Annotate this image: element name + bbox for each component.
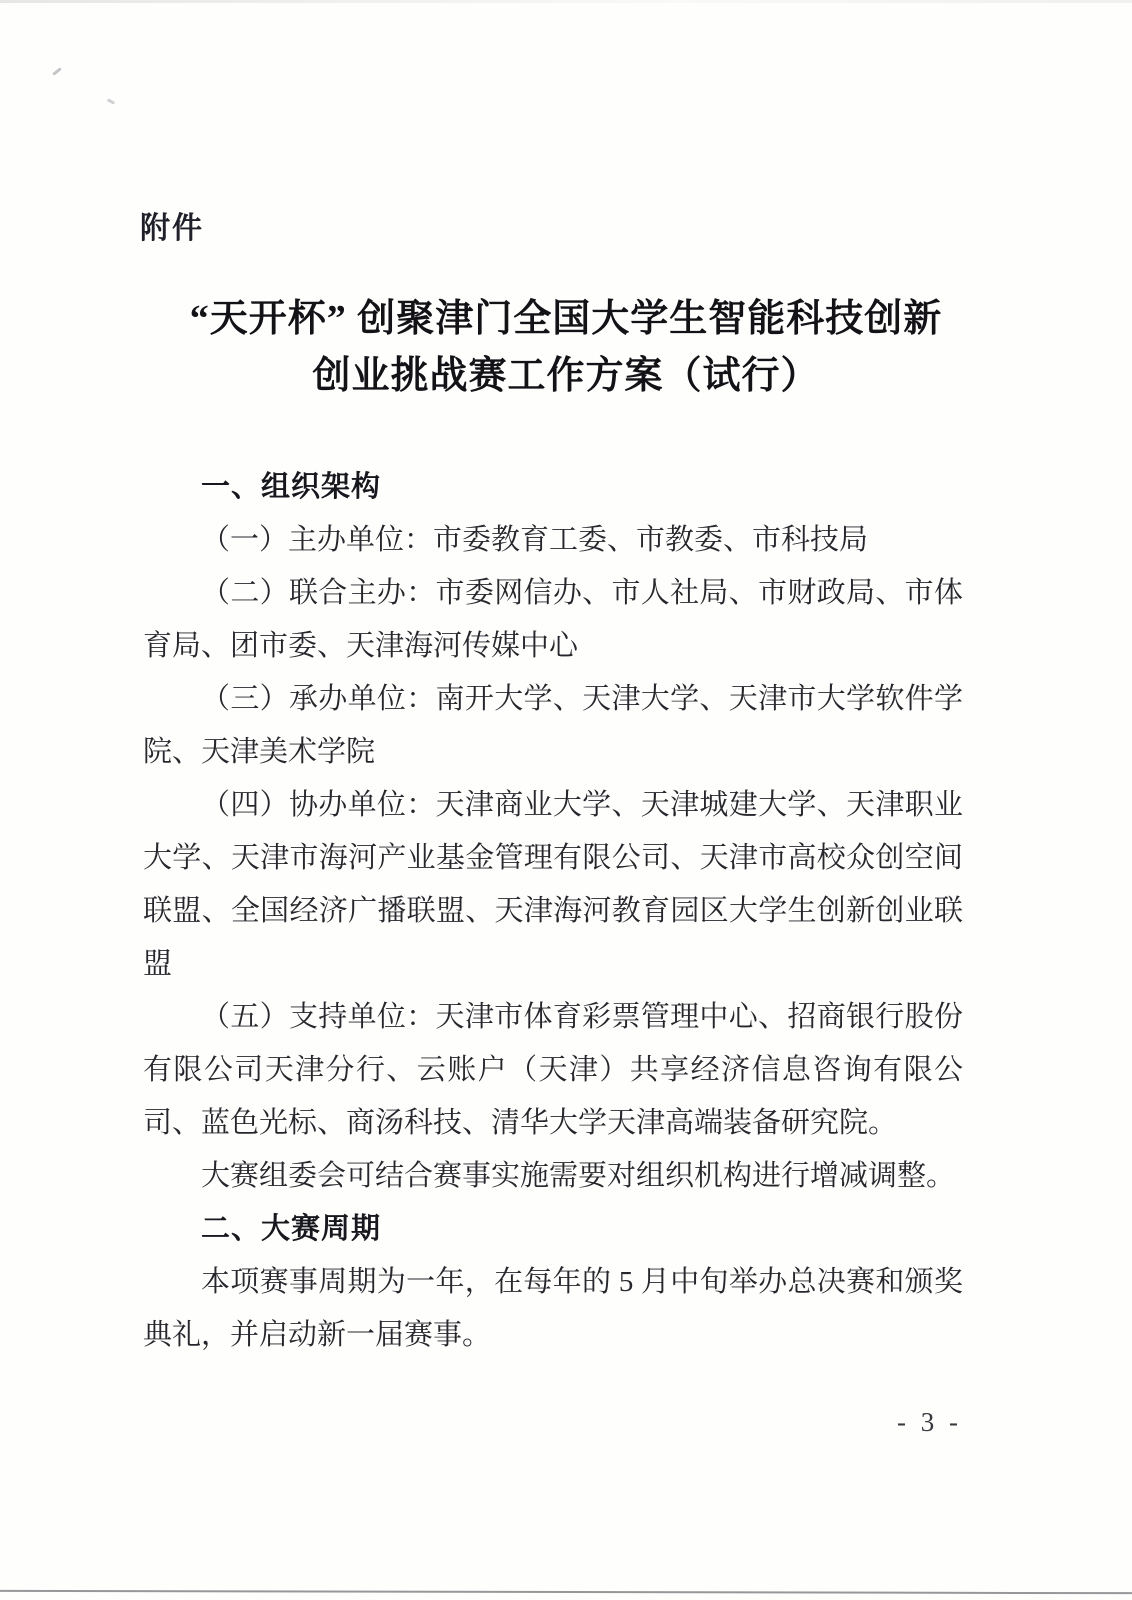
scan-edge-artifact-bottom: [0, 1590, 1132, 1594]
section-heading-competition-cycle: 二、大赛周期: [143, 1203, 963, 1256]
paragraph-competition-cycle: 本项赛事周期为一年，在每年的 5 月中旬举办总决赛和颁奖典礼，并启动新一届赛事。: [143, 1256, 963, 1362]
scan-speck: [52, 67, 62, 76]
document-page: 附件 “天开杯” 创聚津门全国大学生智能科技创新 创业挑战赛工作方案（试行） 一…: [0, 0, 1132, 1600]
title-line-2: 创业挑战赛工作方案（试行）: [60, 348, 1072, 405]
paragraph-assisting-units: （四）协办单位：天津商业大学、天津城建大学、天津职业大学、天津市海河产业基金管理…: [143, 779, 963, 991]
paragraph-joint-host: （二）联合主办：市委网信办、市人社局、市财政局、市体育局、团市委、天津海河传媒中…: [143, 567, 963, 673]
page-number: - 3 -: [897, 1407, 962, 1438]
paragraph-undertaker: （三）承办单位：南开大学、天津大学、天津市大学软件学院、天津美术学院: [143, 673, 963, 779]
scan-edge-artifact-top: [0, 0, 1132, 3]
document-body: 一、组织架构 （一）主办单位：市委教育工委、市教委、市科技局 （二）联合主办：市…: [143, 461, 963, 1362]
paragraph-supporting-units: （五）支持单位：天津市体育彩票管理中心、招商银行股份有限公司天津分行、云账户（天…: [143, 991, 963, 1150]
section-heading-organization: 一、组织架构: [143, 461, 963, 514]
title-line-1: “天开杯” 创聚津门全国大学生智能科技创新: [60, 291, 1072, 348]
attachment-label: 附件: [140, 203, 204, 247]
scan-speck: [107, 98, 115, 104]
paragraph-host-unit: （一）主办单位：市委教育工委、市教委、市科技局: [143, 514, 963, 567]
paragraph-adjustment-note: 大赛组委会可结合赛事实施需要对组织机构进行增减调整。: [143, 1150, 963, 1203]
document-title: “天开杯” 创聚津门全国大学生智能科技创新 创业挑战赛工作方案（试行）: [60, 291, 1072, 405]
